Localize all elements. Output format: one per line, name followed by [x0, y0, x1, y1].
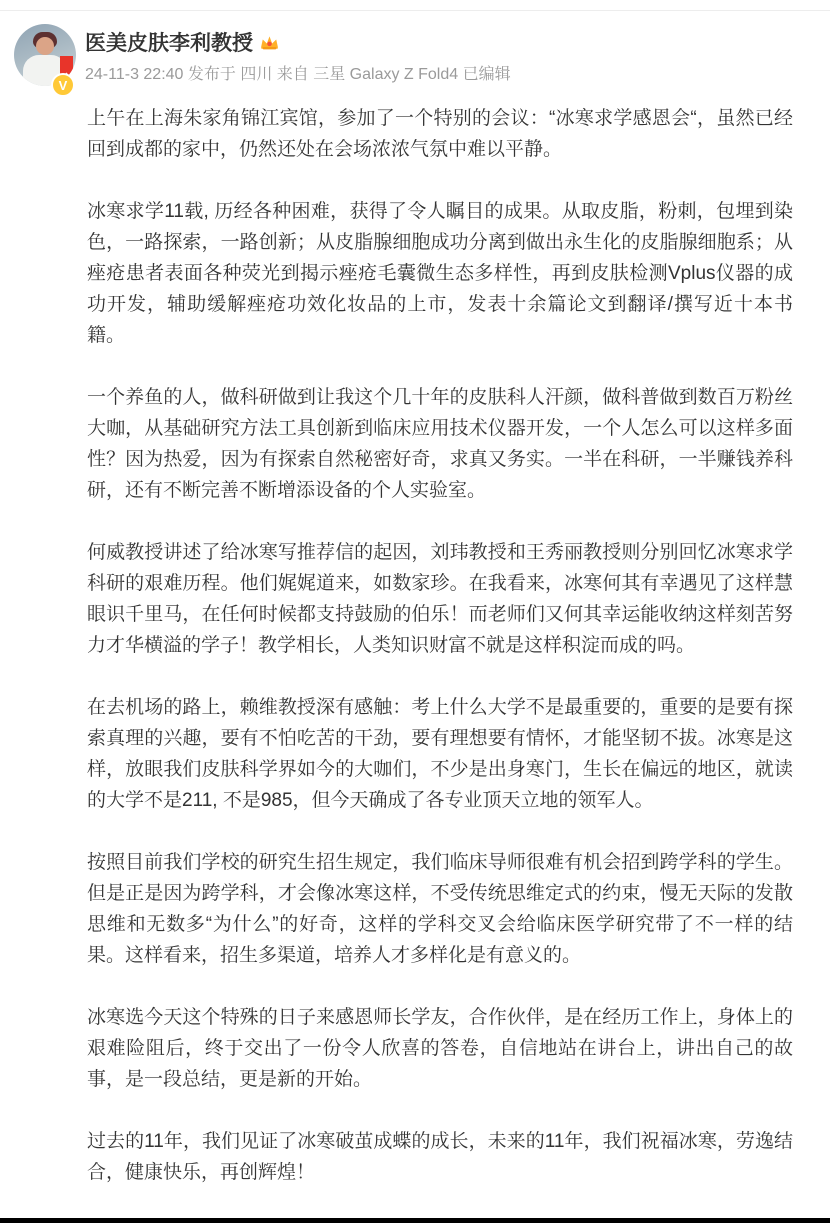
post-paragraph: 冰寒求学11载, 历经各种困难，获得了令人瞩目的成果。从取皮脂，粉刺，包埋到染色…: [87, 196, 793, 351]
post-paragraph: 过去的11年，我们见证了冰寒破茧成蝶的成长，未来的11年，我们祝福冰寒，劳逸结合…: [87, 1126, 793, 1188]
post-paragraph: 按照目前我们学校的研究生招生规定，我们临床导师很难有机会招到跨学科的学生。但是正…: [87, 847, 793, 971]
weibo-post-page: V 医美皮肤李利教授 24-11-3 22:40 发布于 四川 来自 三星 Ga…: [0, 0, 830, 1227]
post-paragraph: 上午在上海朱家角锦江宾馆，参加了一个特别的会议：“冰寒求学感恩会“，虽然已经回到…: [87, 103, 793, 165]
post-paragraph: 一个养鱼的人，做科研做到让我这个几十年的皮肤科人汗颜，做科普做到数百万粉丝大咖，…: [87, 382, 793, 506]
post-meta-timestamp: 24-11-3 22:40 发布于 四川 来自 三星 Galaxy Z Fold…: [85, 61, 511, 84]
verified-v-icon: V: [51, 73, 75, 97]
post-paragraph: 冰寒选今天这个特殊的日子来感恩师长学友，合作伙伴，是在经历工作上，身体上的艰难险…: [87, 1002, 793, 1095]
username-row: 医美皮肤李利教授: [85, 27, 280, 57]
username[interactable]: 医美皮肤李利教授: [85, 27, 253, 57]
vip-crown-icon: [259, 32, 280, 53]
bottom-black-divider: [0, 1218, 830, 1223]
top-divider: [0, 10, 830, 11]
post-paragraph: 何威教授讲述了给冰寒写推荐信的起因，刘玮教授和王秀丽教授则分别回忆冰寒求学科研的…: [87, 537, 793, 661]
avatar[interactable]: V: [14, 24, 76, 86]
post-paragraph: 在去机场的路上，赖维教授深有感触：考上什么大学不是最重要的，重要的是要有探索真理…: [87, 692, 793, 816]
post-content: 上午在上海朱家角锦江宾馆，参加了一个特别的会议：“冰寒求学感恩会“，虽然已经回到…: [87, 103, 793, 1188]
avatar-face-decoration: [36, 37, 54, 55]
